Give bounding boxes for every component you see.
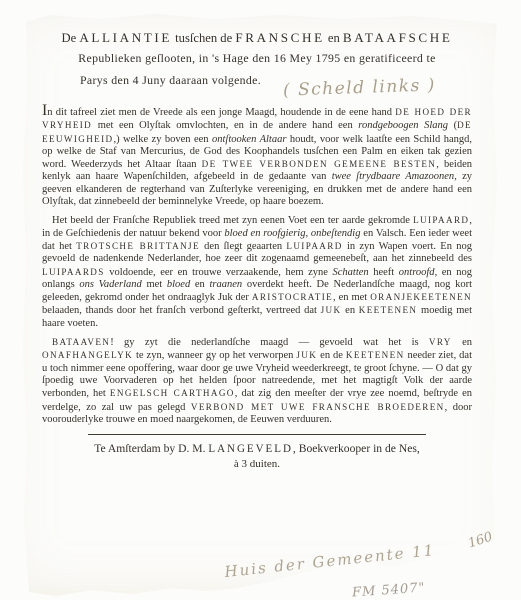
paragraph-3: BATAAVEN! gy zyt die nederlandſche maagd… (42, 336, 472, 426)
scanned-pamphlet-page: { "page": { "background_color": "#fcfcfa… (0, 0, 521, 600)
paragraph-2: Het beeld der Franſche Republiek treed m… (42, 214, 472, 330)
title-line-1: De ALLIANTIE tusſchen de FRANSCHE en BAT… (42, 30, 472, 46)
document-title: De ALLIANTIE tusſchen de FRANSCHE en BAT… (42, 30, 472, 88)
printed-content: De ALLIANTIE tusſchen de FRANSCHE en BAT… (42, 30, 472, 470)
deckle-edge (22, 580, 342, 600)
paragraph-1: In dit tafreel ziet men de Vreede als ee… (42, 103, 472, 208)
imprint: Te Amſterdam by D. M. LANGEVELD, Boekver… (42, 442, 472, 470)
title-line-3: Parys den 4 Juny daaraan volgende. (80, 73, 472, 88)
handwritten-catalog-number: FM 5407" (352, 580, 426, 600)
divider-rule (88, 434, 426, 435)
paper-sheet: De ALLIANTIE tusſchen de FRANSCHE en BAT… (0, 0, 521, 600)
body-text: In dit tafreel ziet men de Vreede als ee… (42, 103, 472, 426)
title-line-2: Republieken geſlooten, in 's Hage den 16… (42, 51, 472, 66)
imprint-line-1: Te Amſterdam by D. M. LANGEVELD, Boekver… (42, 442, 472, 455)
imprint-line-2: à 3 duiten. (42, 458, 472, 470)
